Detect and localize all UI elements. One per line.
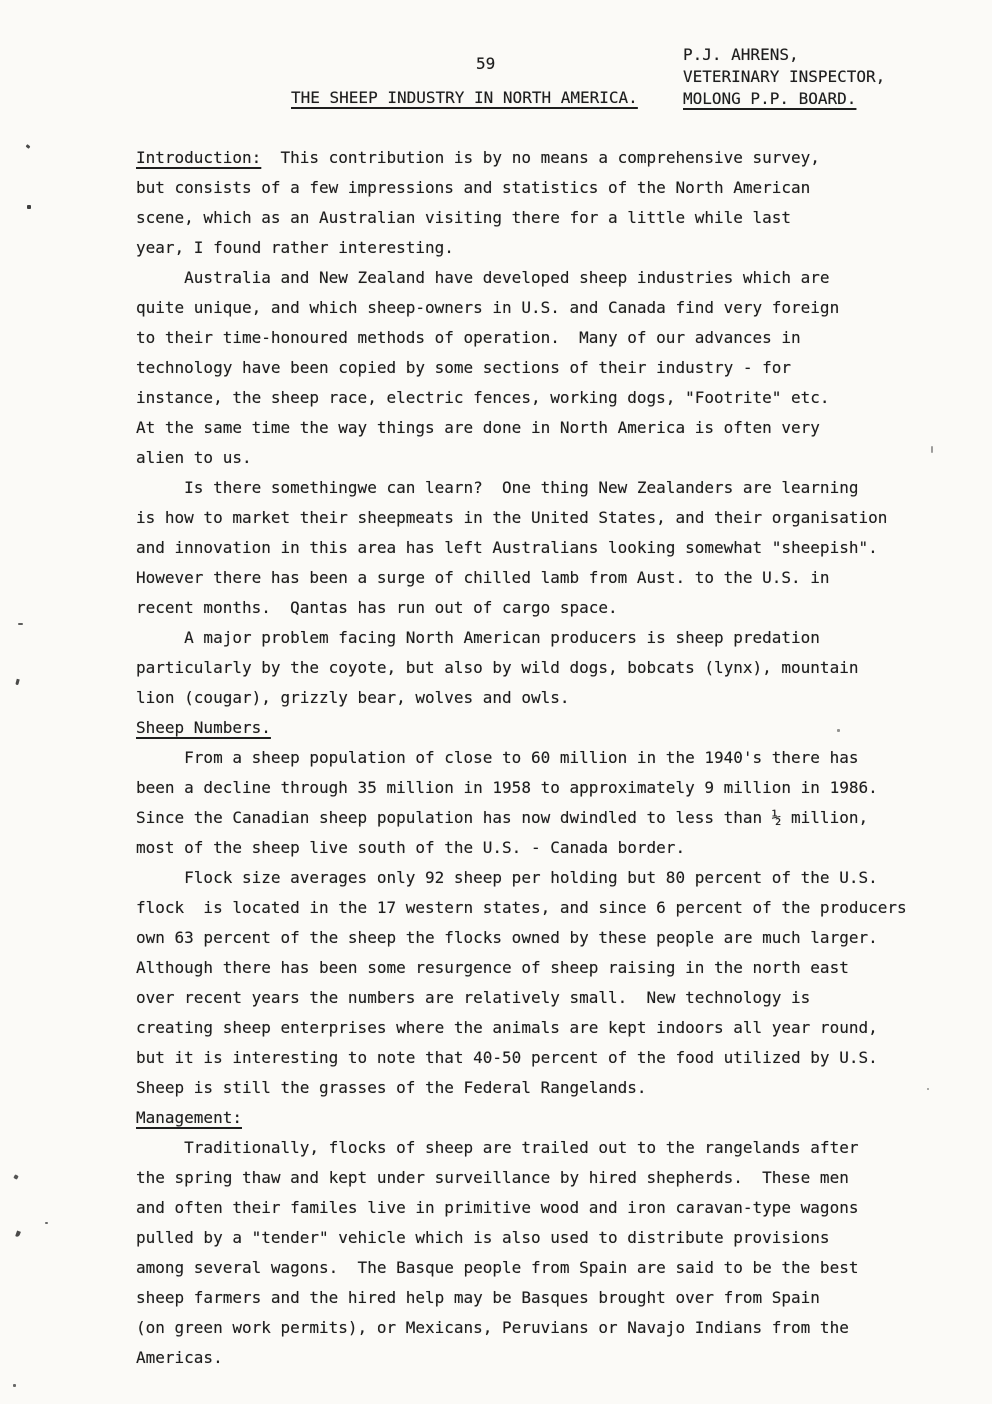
text-line: quite unique, and which sheep-owners in … bbox=[136, 296, 907, 326]
text-line: and innovation in this area has left Aus… bbox=[136, 536, 907, 566]
text-line: but consists of a few impressions and st… bbox=[136, 176, 907, 206]
text-line: Americas. bbox=[136, 1346, 907, 1376]
author-role: VETERINARY INSPECTOR, bbox=[683, 66, 885, 88]
text-line: Although there has been some resurgence … bbox=[136, 956, 907, 986]
text-line: and often their familes live in primitiv… bbox=[136, 1196, 907, 1226]
text-line: instance, the sheep race, electric fence… bbox=[136, 386, 907, 416]
text-line: the spring thaw and kept under surveilla… bbox=[136, 1166, 907, 1196]
text-line: most of the sheep live south of the U.S.… bbox=[136, 836, 907, 866]
text-line: creating sheep enterprises where the ani… bbox=[136, 1016, 907, 1046]
margin-speck bbox=[27, 205, 31, 209]
text-line: (on green work permits), or Mexicans, Pe… bbox=[136, 1316, 907, 1346]
text-line: Sheep Numbers. bbox=[136, 716, 907, 746]
text-line: lion (cougar), grizzly bear, wolves and … bbox=[136, 686, 907, 716]
margin-speck bbox=[931, 446, 933, 453]
text-line: been a decline through 35 million in 195… bbox=[136, 776, 907, 806]
text-line: From a sheep population of close to 60 m… bbox=[136, 746, 907, 776]
text-line: Introduction: This contribution is by no… bbox=[136, 146, 907, 176]
margin-speck bbox=[18, 623, 23, 625]
text-line: technology have been copied by some sect… bbox=[136, 356, 907, 386]
text-line: to their time-honoured methods of operat… bbox=[136, 326, 907, 356]
document-body: Introduction: This contribution is by no… bbox=[136, 146, 907, 1376]
text-line: sheep farmers and the hired help may be … bbox=[136, 1286, 907, 1316]
author-name: P.J. AHRENS, bbox=[683, 44, 885, 66]
text-line: Is there somethingwe can learn? One thin… bbox=[136, 476, 907, 506]
text-line: Flock size averages only 92 sheep per ho… bbox=[136, 866, 907, 896]
margin-speck bbox=[45, 1222, 48, 1224]
margin-speck bbox=[15, 679, 19, 686]
text-line: recent months. Qantas has run out of car… bbox=[136, 596, 907, 626]
text-line: Australia and New Zealand have developed… bbox=[136, 266, 907, 296]
text-line: A major problem facing North American pr… bbox=[136, 626, 907, 656]
page-number: 59 bbox=[476, 54, 495, 73]
text-line: own 63 percent of the sheep the flocks o… bbox=[136, 926, 907, 956]
margin-speck bbox=[26, 144, 31, 149]
margin-speck bbox=[15, 1230, 21, 1237]
margin-speck bbox=[13, 1174, 18, 1179]
text-line: scene, which as an Australian visiting t… bbox=[136, 206, 907, 236]
text-line: Sheep is still the grasses of the Federa… bbox=[136, 1076, 907, 1106]
text-line: Traditionally, flocks of sheep are trail… bbox=[136, 1136, 907, 1166]
text-line: but it is interesting to note that 40-50… bbox=[136, 1046, 907, 1076]
text-line: pulled by a "tender" vehicle which is al… bbox=[136, 1226, 907, 1256]
text-line: Management: bbox=[136, 1106, 907, 1136]
margin-speck bbox=[927, 1088, 929, 1090]
document-title: THE SHEEP INDUSTRY IN NORTH AMERICA. bbox=[291, 88, 638, 107]
text-line: particularly by the coyote, but also by … bbox=[136, 656, 907, 686]
text-line: However there has been a surge of chille… bbox=[136, 566, 907, 596]
text-line: At the same time the way things are done… bbox=[136, 416, 907, 446]
text-line: flock is located in the 17 western state… bbox=[136, 896, 907, 926]
text-line: is how to market their sheepmeats in the… bbox=[136, 506, 907, 536]
text-line: among several wagons. The Basque people … bbox=[136, 1256, 907, 1286]
text-line: Since the Canadian sheep population has … bbox=[136, 806, 907, 836]
text-line: over recent years the numbers are relati… bbox=[136, 986, 907, 1016]
document-page: 59 P.J. AHRENS, VETERINARY INSPECTOR, MO… bbox=[0, 0, 992, 1404]
author-organisation: MOLONG P.P. BOARD. bbox=[683, 88, 885, 110]
margin-speck bbox=[13, 1384, 16, 1387]
author-block: P.J. AHRENS, VETERINARY INSPECTOR, MOLON… bbox=[683, 44, 885, 110]
text-line: year, I found rather interesting. bbox=[136, 236, 907, 266]
text-line: alien to us. bbox=[136, 446, 907, 476]
margin-speck bbox=[837, 729, 840, 732]
